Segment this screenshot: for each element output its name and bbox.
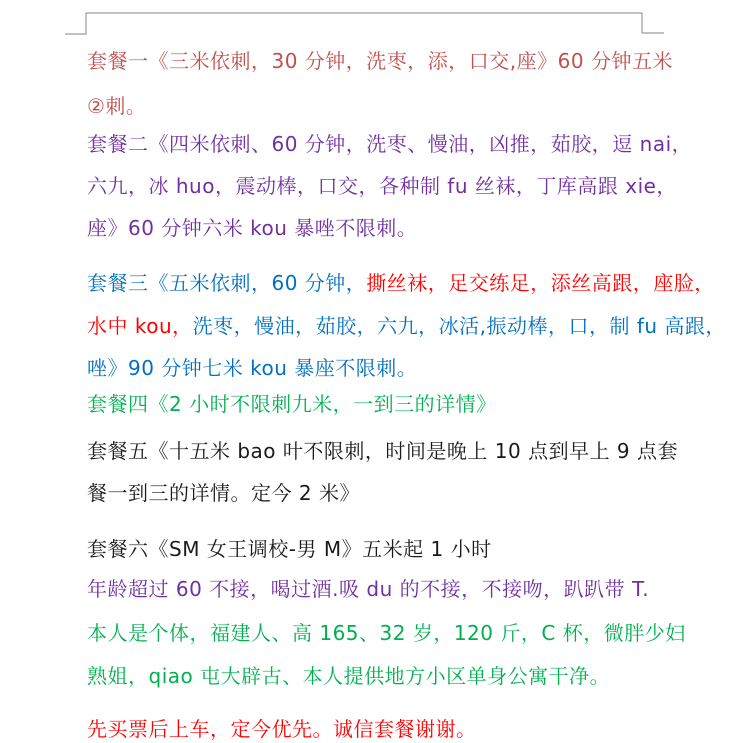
text-segment: 套餐一《三米依刺，30 分钟，洗枣，添，口交,座》60 分钟五米	[87, 49, 673, 73]
text-line: 套餐六《SM 女王调校-男 M》五米起 1 小时	[87, 536, 730, 562]
text-segment: 套餐六《SM 女王调校-男 M》五米起 1 小时	[87, 537, 492, 561]
text-segment: 六九，冰 huo，震动棒，口交，各种制 fu 丝袜，丁库高跟 xie，	[87, 174, 677, 198]
text-segment: 套餐五《十五米 bao 叶不限刺，时间是晚上 10 点到早上 9 点套	[87, 439, 678, 463]
text-line: 餐一到三的详情。定今 2 米》	[87, 480, 730, 506]
text-line: 六九，冰 huo，震动棒，口交，各种制 fu 丝袜，丁库高跟 xie，	[87, 173, 730, 199]
text-line: 水中 kou，洗枣，慢油，茹胶，六九，冰活,振动棒，口，制 fu 高跟，	[87, 313, 730, 339]
text-line: 熟姐，qiao 屯大辟古、本人提供地方小区单身公寓干净。	[87, 663, 730, 689]
document-page: 套餐一《三米依刺，30 分钟，洗枣，添，口交,座》60 分钟五米 ②刺。 套餐二…	[0, 0, 750, 743]
text-segment: 套餐三《五米依刺，60 分钟，	[87, 271, 366, 295]
text-segment: 座》60 分钟六米 kou 暴唑不限刺。	[87, 216, 417, 240]
text-line: 先买票后上车，定今优先。诚信套餐谢谢。	[87, 716, 730, 742]
text-segment: 餐一到三的详情。定今 2 米》	[87, 481, 360, 505]
text-line: 套餐四《2 小时不限刺九米，一到三的详情》	[87, 391, 730, 417]
text-segment: 唑》90 分钟七米 kou 暴座不限刺。	[87, 356, 417, 380]
text-segment: 套餐二《四米依刺、60 分钟，洗枣、慢油，凶推，茹胶，逗 nai，	[87, 132, 692, 156]
text-segment: 洗枣，慢油，茹胶，六九，冰活,振动棒，口，制 fu 高跟，	[193, 314, 726, 338]
text-segment: 先买票后上车，定今优先。诚信套餐谢谢。	[87, 717, 477, 741]
text-segment: 本人是个体，福建人、高 165、32 岁，120 斤，C 杯，微胖少妇	[87, 621, 686, 645]
text-segment: 熟姐，qiao 屯大辟古、本人提供地方小区单身公寓干净。	[87, 664, 610, 688]
text-line: 本人是个体，福建人、高 165、32 岁，120 斤，C 杯，微胖少妇	[87, 620, 730, 646]
text-line: 套餐一《三米依刺，30 分钟，洗枣，添，口交,座》60 分钟五米	[87, 48, 730, 74]
text-line: 座》60 分钟六米 kou 暴唑不限刺。	[87, 215, 730, 241]
text-segment: 年龄超过 60 不接，喝过酒.吸 du 的不接，不接吻，趴趴带 T.	[87, 577, 649, 601]
text-line: 年龄超过 60 不接，喝过酒.吸 du 的不接，不接吻，趴趴带 T.	[87, 576, 730, 602]
text-segment: 水中 kou，	[87, 314, 193, 338]
page-boundary-line	[65, 13, 664, 34]
text-line: ②刺。	[87, 93, 730, 119]
text-segment: 撕丝袜，足交练足，添丝高跟，座脸，	[366, 271, 715, 295]
text-line: 套餐五《十五米 bao 叶不限刺，时间是晚上 10 点到早上 9 点套	[87, 438, 730, 464]
text-segment: 套餐四《2 小时不限刺九米，一到三的详情》	[87, 392, 497, 416]
text-line: 套餐三《五米依刺，60 分钟，撕丝袜，足交练足，添丝高跟，座脸，	[87, 270, 730, 296]
text-line: 唑》90 分钟七米 kou 暴座不限刺。	[87, 355, 730, 381]
text-line: 套餐二《四米依刺、60 分钟，洗枣、慢油，凶推，茹胶，逗 nai，	[87, 131, 730, 157]
text-segment: ②刺。	[87, 94, 146, 118]
